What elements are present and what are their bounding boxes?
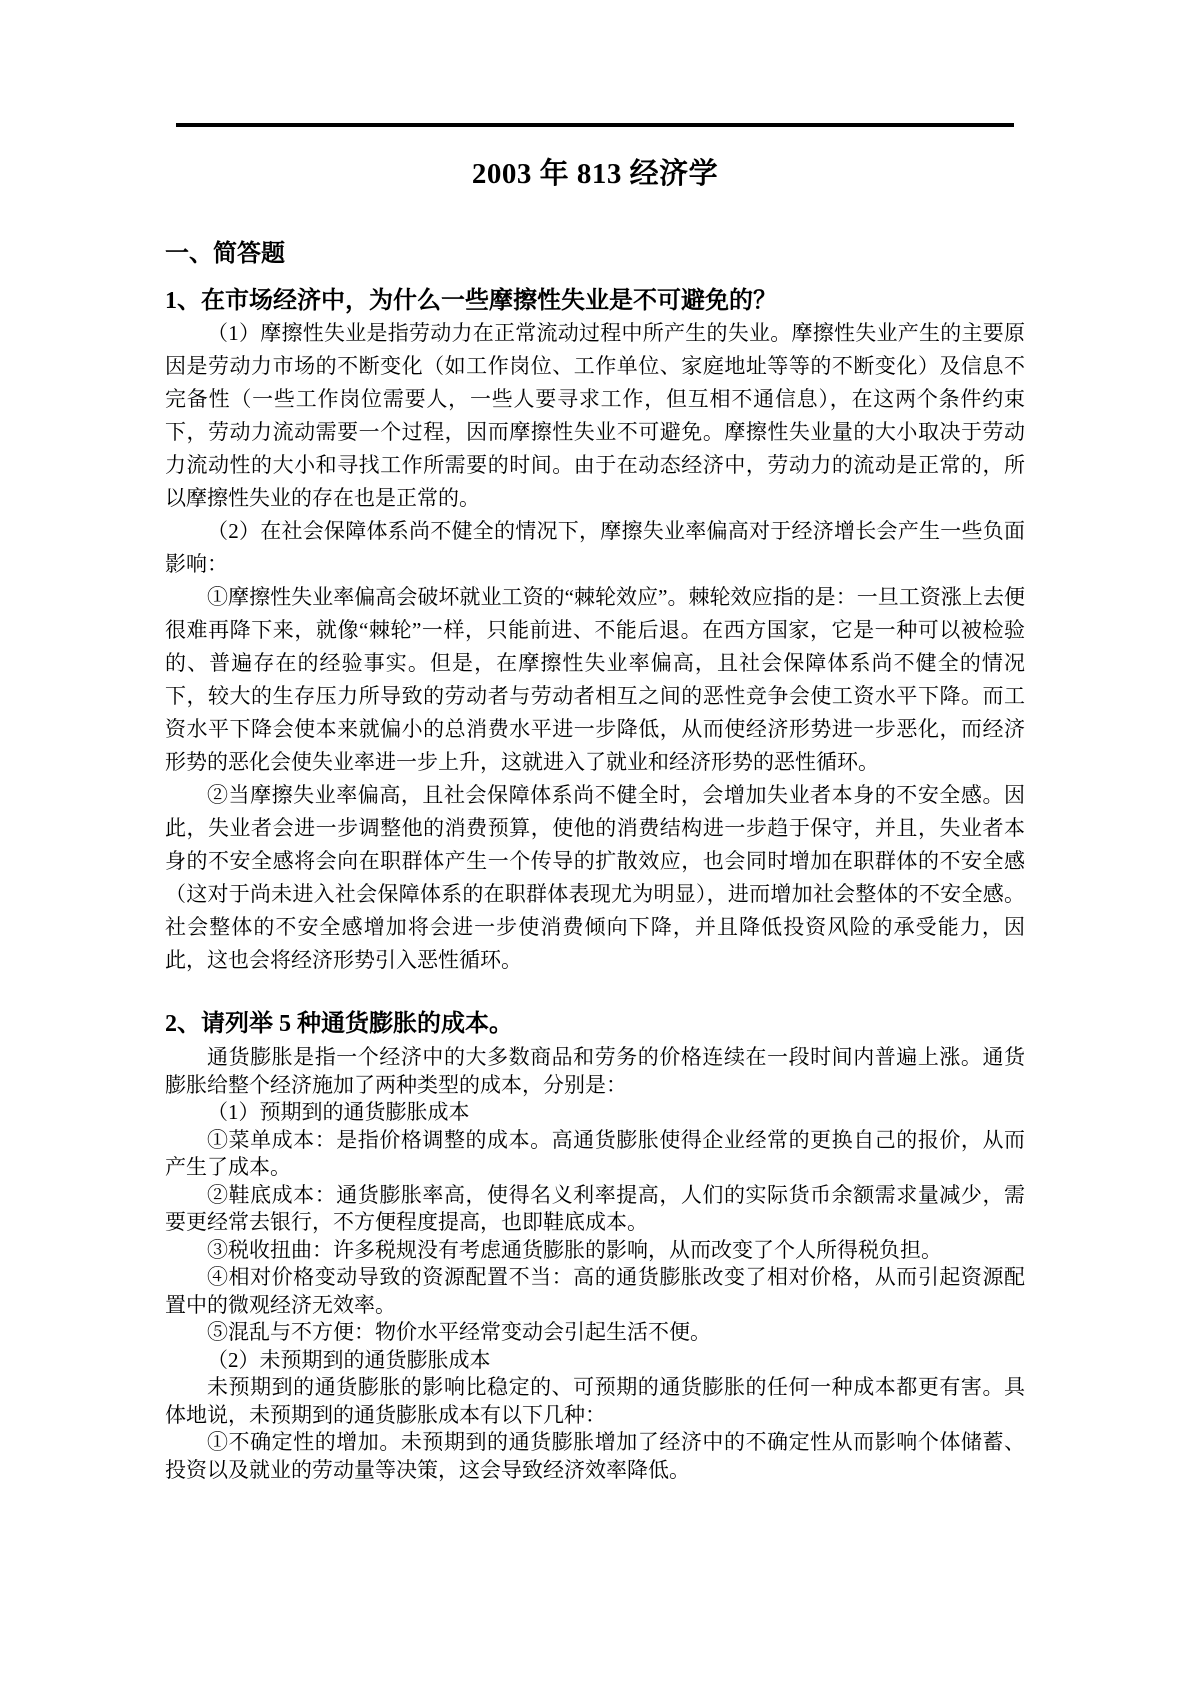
answer-paragraph: ①不确定性的增加。未预期到的通货膨胀增加了经济中的不确定性从而影响个体储蓄、投资… (165, 1429, 1025, 1484)
question-1-heading: 1、在市场经济中，为什么一些摩擦性失业是不可避免的？ (165, 285, 1025, 317)
document-title: 2003 年 813 经济学 (165, 157, 1025, 192)
answer-paragraph: ②鞋底成本：通货膨胀率高，使得名义利率提高，人们的实际货币余额需求量减少，需要更… (165, 1182, 1025, 1237)
answer-paragraph: （2）在社会保障体系尚不健全的情况下，摩擦失业率偏高对于经济增长会产生一些负面影… (165, 515, 1025, 581)
answer-paragraph: （1）摩擦性失业是指劳动力在正常流动过程中所产生的失业。摩擦性失业产生的主要原因… (165, 317, 1025, 515)
answer-paragraph: 未预期到的通货膨胀的影响比稳定的、可预期的通货膨胀的任何一种成本都更有害。具体地… (165, 1374, 1025, 1429)
answer-paragraph: ②当摩擦失业率偏高，且社会保障体系尚不健全时，会增加失业者本身的不安全感。因此，… (165, 779, 1025, 977)
question-2-heading: 2、请列举 5 种通货膨胀的成本。 (165, 1008, 1025, 1040)
answer-paragraph: 通货膨胀是指一个经济中的大多数商品和劳务的价格连续在一段时间内普遍上涨。通货膨胀… (165, 1044, 1025, 1099)
answer-paragraph: （2）未预期到的通货膨胀成本 (165, 1347, 1025, 1375)
answer-paragraph: ④相对价格变动导致的资源配置不当：高的通货膨胀改变了相对价格，从而引起资源配置中… (165, 1264, 1025, 1319)
question-2-answer: 通货膨胀是指一个经济中的大多数商品和劳务的价格连续在一段时间内普遍上涨。通货膨胀… (165, 1044, 1025, 1484)
section-heading: 一、简答题 (165, 238, 1025, 270)
answer-paragraph: ①菜单成本：是指价格调整的成本。高通货膨胀使得企业经常的更换自己的报价，从而产生… (165, 1127, 1025, 1182)
question-1-answer: （1）摩擦性失业是指劳动力在正常流动过程中所产生的失业。摩擦性失业产生的主要原因… (165, 317, 1025, 977)
document-page: 2003 年 813 经济学 一、简答题 1、在市场经济中，为什么一些摩擦性失业… (0, 0, 1190, 1683)
answer-paragraph: （1）预期到的通货膨胀成本 (165, 1099, 1025, 1127)
header-rule (176, 123, 1014, 127)
answer-paragraph: ①摩擦性失业率偏高会破坏就业工资的“棘轮效应”。棘轮效应指的是：一旦工资涨上去便… (165, 581, 1025, 779)
answer-paragraph: ⑤混乱与不方便：物价水平经常变动会引起生活不便。 (165, 1319, 1025, 1347)
answer-paragraph: ③税收扭曲：许多税规没有考虑通货膨胀的影响，从而改变了个人所得税负担。 (165, 1237, 1025, 1265)
